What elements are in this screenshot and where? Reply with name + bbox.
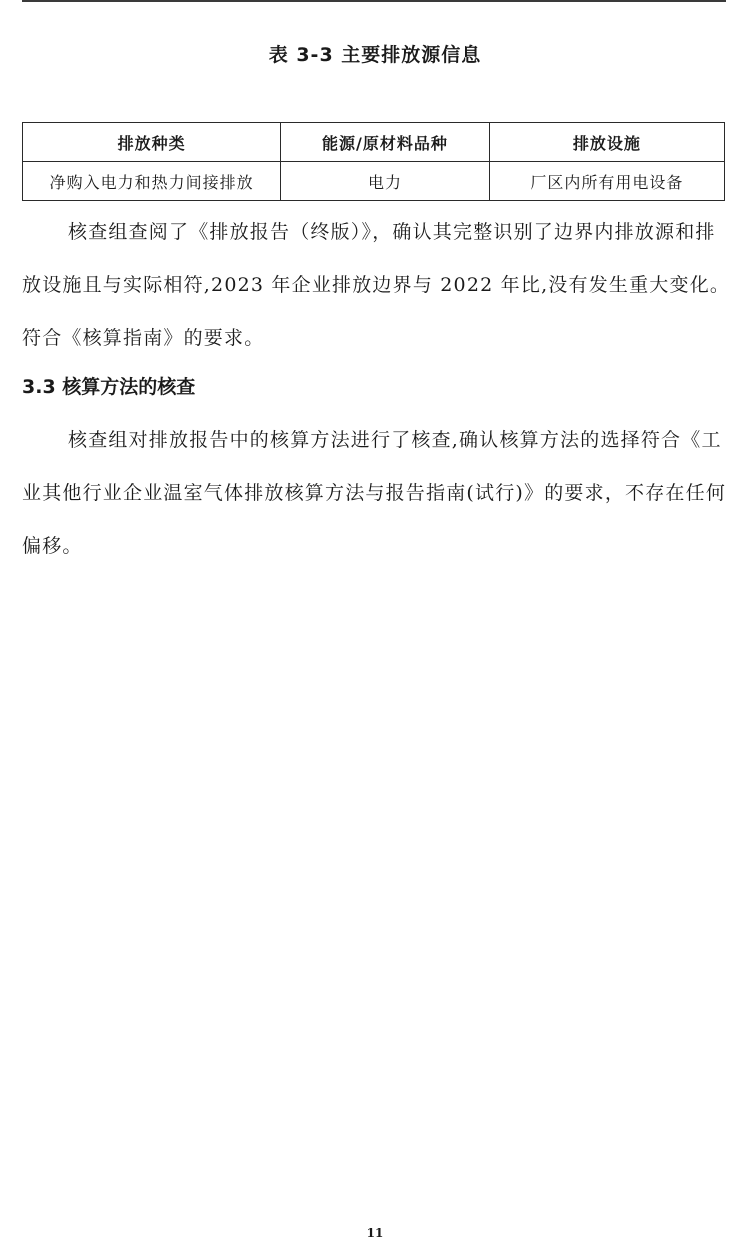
paragraph-method-check: 核查组对排放报告中的核算方法进行了核查,确认核算方法的选择符合《工业其他行业企业… bbox=[22, 414, 732, 573]
header-emission-type: 排放种类 bbox=[23, 123, 281, 162]
header-emission-facility: 排放设施 bbox=[489, 123, 724, 162]
table-caption: 表 3-3 主要排放源信息 bbox=[0, 40, 750, 67]
top-rule bbox=[22, 0, 726, 2]
emission-source-table: 排放种类 能源/原材料品种 排放设施 净购入电力和热力间接排放 电力 厂区内所有… bbox=[22, 122, 725, 201]
header-energy-material: 能源/原材料品种 bbox=[281, 123, 489, 162]
paragraph-boundary-check: 核查组查阅了《排放报告（终版）》，确认其完整识别了边界内排放源和排放设施且与实际… bbox=[22, 206, 732, 365]
cell-emission-facility: 厂区内所有用电设备 bbox=[489, 162, 724, 201]
cell-emission-type: 净购入电力和热力间接排放 bbox=[23, 162, 281, 201]
section-heading: 3.3 核算方法的核查 bbox=[22, 372, 195, 399]
cell-energy-material: 电力 bbox=[281, 162, 489, 201]
page-number: 11 bbox=[0, 1226, 750, 1240]
table-header-row: 排放种类 能源/原材料品种 排放设施 bbox=[23, 123, 725, 162]
table-row: 净购入电力和热力间接排放 电力 厂区内所有用电设备 bbox=[23, 162, 725, 201]
